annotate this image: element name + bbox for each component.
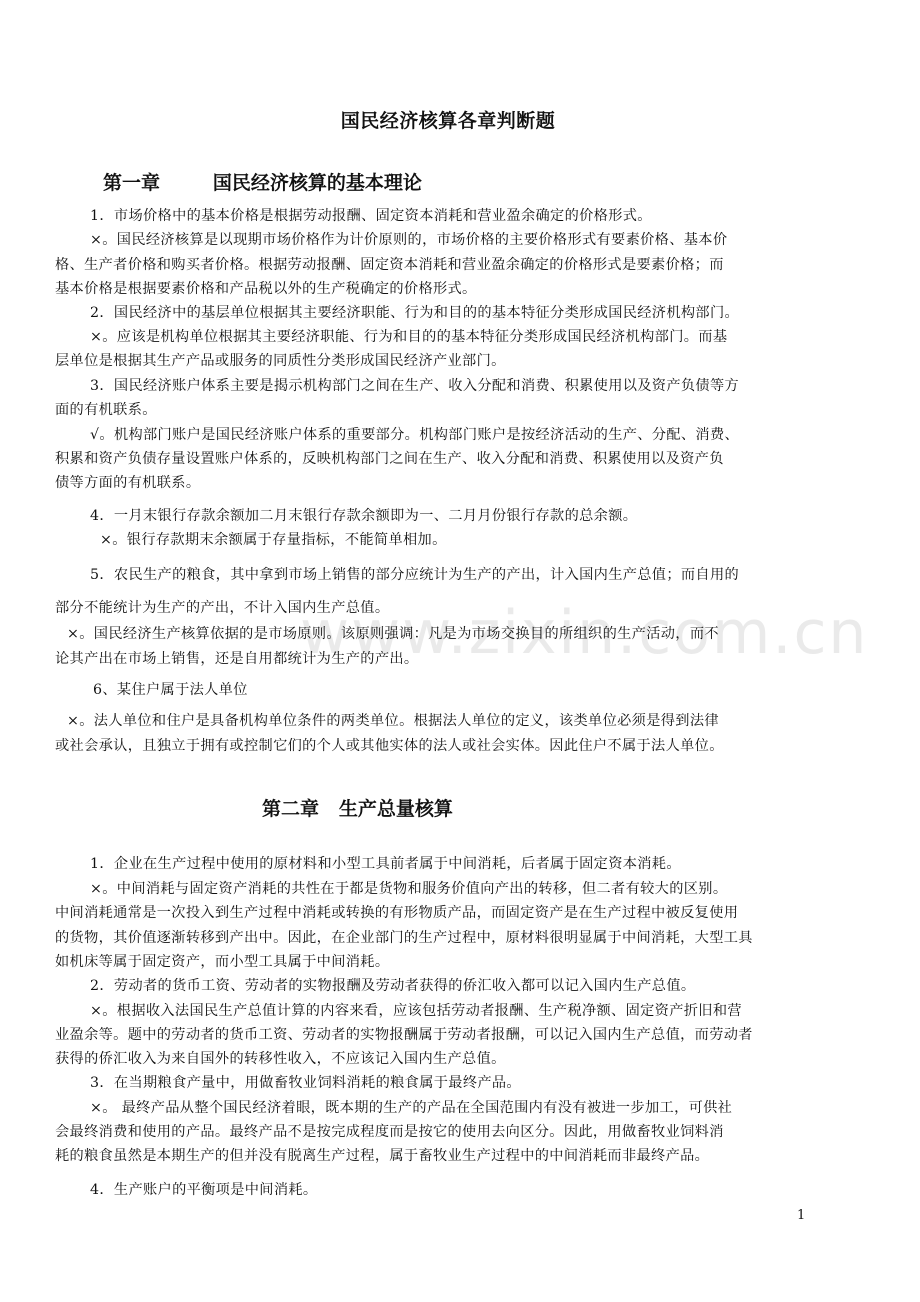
answer-text: ×。国民经济生产核算依据的是市场原则。该原则强调：凡是为市场交换目的所组织的生产… — [67, 625, 719, 643]
answer-text: 业盈余等。题中的劳动者的货币工资、劳动者的实物报酬属于劳动者报酬，可以记入国内生… — [55, 1026, 753, 1044]
answer-text: 会最终消费和使用的产品。最终产品不是按完成程度而是按它的使用去向区分。因此，用做… — [55, 1123, 724, 1141]
answer-text: ×。 最终产品从整个国民经济着眼，既本期的生产的产品在全国范围内有没有被进一步加… — [90, 1099, 732, 1117]
answer-text: ×。应该是机构单位根据其主要经济职能、行为和目的的基本特征分类形成国民经济机构部… — [90, 328, 727, 346]
answer-text: 获得的侨汇收入为来自国外的转移性收入，不应该记入国内生产总值。 — [55, 1050, 506, 1068]
answer-text: ×。中间消耗与固定资产消耗的共性在于都是货物和服务价值向产出的转移，但二者有较大… — [90, 880, 727, 898]
chapter-2-heading: 第二章 生产总量核算 — [262, 794, 453, 821]
answer-text: 积累和资产负债存量设置账户体系的，反映机构部门之间在生产、收入分配和消费、积累使… — [55, 450, 724, 468]
question-text: 3．在当期粮食产量中，用做畜牧业饲料消耗的粮食属于最终产品。 — [90, 1074, 521, 1092]
answer-text: √。机构部门账户是国民经济账户体系的重要部分。机构部门账户是按经济活动的生产、分… — [90, 426, 739, 444]
page-number: 1 — [797, 1208, 805, 1223]
document-title: 国民经济核算各章判断题 — [0, 106, 896, 133]
question-text: 1．市场价格中的基本价格是根据劳动报酬、固定资本消耗和营业盈余确定的价格形式。 — [90, 207, 652, 225]
answer-text: 的货物，其价值逐渐转移到产出中。因此，在企业部门的生产过程中，原材料很明显属于中… — [55, 929, 753, 947]
answer-text: 如机床等属于固定资产，而小型工具属于中间消耗。 — [55, 953, 389, 971]
answer-text: ×。根据收入法国民生产总值计算的内容来看，应该包括劳动者报酬、生产税净额、固定资… — [90, 1002, 742, 1020]
answer-text: ×。法人单位和住户是具备机构单位条件的两类单位。根据法人单位的定义，该类单位必须… — [67, 712, 719, 730]
question-text: 4．生产账户的平衡项是中间消耗。 — [90, 1181, 317, 1199]
answer-text: 格、生产者价格和购买者价格。根据劳动报酬、固定资本消耗和营业盈余确定的价格形式是… — [55, 256, 724, 274]
answer-text: 或社会承认，且独立于拥有或控制它们的个人或其他实体的法人或社会实体。因此住户不属… — [55, 737, 724, 755]
answer-text: 层单位是根据其生产产品或服务的同质性分类形成国民经济产业部门。 — [55, 352, 506, 370]
answer-text: ×。国民经济核算是以现期市场价格作为计价原则的，市场价格的主要价格形式有要素价格… — [90, 231, 727, 249]
answer-text: 中间消耗通常是一次投入到生产过程中消耗或转换的有形物质产品，而固定资产是在生产过… — [55, 904, 738, 922]
question-text: 部分不能统计为生产的产出，不计入国内生产总值。 — [55, 599, 389, 617]
question-text: 3．国民经济账户体系主要是揭示机构部门之间在生产、收入分配和消费、积累使用以及资… — [90, 377, 739, 395]
answer-text: 耗的粮食虽然是本期生产的但并没有脱离生产过程，属于畜牧业生产过程中的中间消耗而非… — [55, 1147, 709, 1165]
question-text: 6、某住户属于法人单位 — [93, 681, 248, 699]
question-text: 1．企业在生产过程中使用的原材料和小型工具前者属于中间消耗，后者属于固定资本消耗… — [90, 855, 681, 873]
answer-text: 基本价格是根据要素价格和产品税以外的生产税确定的价格形式。 — [55, 280, 477, 298]
answer-text: ×。银行存款期末余额属于存量指标，不能简单相加。 — [100, 531, 447, 549]
answer-text: 论其产出在市场上销售，还是自用都统计为生产的产出。 — [55, 650, 418, 668]
question-text: 2．国民经济中的基层单位根据其主要经济职能、行为和目的的基本特征分类形成国民经济… — [90, 304, 739, 322]
answer-text: 债等方面的有机联系。 — [55, 474, 200, 492]
question-text: 4．一月末银行存款余额加二月末银行存款余额即为一、二月月份银行存款的总余额。 — [90, 507, 637, 525]
chapter-1-heading: 第一章 国民经济核算的基本理论 — [103, 168, 422, 195]
document-page: www.zixin.com.cn 国民经济核算各章判断题 第一章 国民经济核算的… — [0, 0, 920, 1302]
question-text: 2．劳动者的货币工资、劳动者的实物报酬及劳动者获得的侨汇收入都可以记入国内生产总… — [90, 977, 695, 995]
question-text: 面的有机联系。 — [55, 401, 157, 419]
question-text: 5．农民生产的粮食，其中拿到市场上销售的部分应统计为生产的产出，计入国内生产总值… — [90, 566, 739, 584]
